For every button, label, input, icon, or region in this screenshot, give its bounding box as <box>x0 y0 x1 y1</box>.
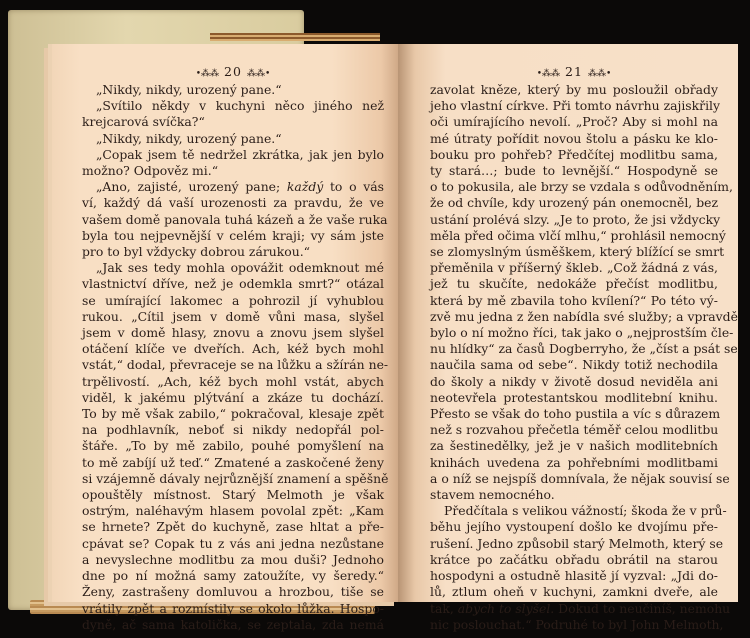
page-number: 20 <box>224 64 242 79</box>
text-line: „Nikdy, nikdy, urozený pane.“ <box>82 131 384 147</box>
text-line: hospodyni a ostudně hlasitě jí vyzval: „… <box>430 568 718 584</box>
text-line: to mě zabíjí už teď.“ Zmatené a zaskočen… <box>82 455 384 471</box>
text-line: dyně, ač sama katolička, se zeptala, zda… <box>82 617 384 633</box>
text-line: nu hlídky“ za časů Dogberryho, že „číst … <box>430 341 718 357</box>
text-line: dne po ní možná samy zatoužíte, vy šered… <box>82 568 384 584</box>
ornament-icon: ⁂⁂• <box>247 69 270 79</box>
text-line: na podhlavník, neboť si nikdy nedopřál p… <box>82 422 384 438</box>
text-line: knihách uvedena za pohřebními modlitbami <box>430 455 718 471</box>
text-line: bouku pro pohřeb? Předčítej modlitbu sam… <box>430 147 718 163</box>
text-line: ustání prolévá slzy. „Je to proto, že js… <box>430 212 718 228</box>
text-line: trpělivostí. „Ach, kéž bych mohl vstát, … <box>82 374 384 390</box>
page-number-right: •⁂⁂ 21 ⁂⁂• <box>430 64 718 80</box>
text-line: do školy a nikdy v životě dosud neviděla… <box>430 374 718 390</box>
text-line: za šestinedělky, jež je v našich modlite… <box>430 438 718 454</box>
text-line: běhu jejího vystoupení došlo ke dvojímu … <box>430 519 718 535</box>
text-line: rušení. Jedno způsobil starý Melmoth, kt… <box>430 536 718 552</box>
text-line: naučila sama od sebe“. Nikdy totiž necho… <box>430 357 718 373</box>
text-line: se zlomyslným úsměškem, který blížící se… <box>430 244 718 260</box>
ornament-icon: •⁂⁂ <box>196 69 219 79</box>
text-line: vrátily zpět a rozmístily se okolo lůžka… <box>82 601 384 617</box>
text-line: „Jak ses tedy mohla opovážit odemknout m… <box>82 260 384 276</box>
text-line: zavolat kněze, který by mu posloužil obř… <box>430 82 718 98</box>
text-line: než s rozvahou přečetla téměř celou modl… <box>430 422 718 438</box>
text-line: opouštěly místnost. Starý Melmoth je vša… <box>82 487 384 503</box>
text-line: se umírající lakomec a pohrozil jí vyhub… <box>82 293 384 309</box>
text-line: přeměnila v příšerný škleb. „Což žádná z… <box>430 260 718 276</box>
page-number-left: •⁂⁂ 20 ⁂⁂• <box>82 64 384 80</box>
text-line: Ženy, zastrašeny domluvou a hrozbou, tiš… <box>82 584 384 600</box>
text-line: ví, každý dá vaší urozenosti za pravdu, … <box>82 195 384 211</box>
text-line: vašem domě panovala tuhá kázeň a že vaše… <box>82 212 384 228</box>
text-line: o to pokusila, ale brzy se vzdala s odův… <box>430 179 718 195</box>
text-line: zvě mu jedna z žen nabídla své služby; a… <box>430 309 718 325</box>
right-page-text: zavolat kněze, který by mu posloužil obř… <box>430 82 718 633</box>
text-line: ty stará…; bude to levnější.“ Hospodyně … <box>430 163 718 179</box>
text-line: cpávat se? Copak tu z vás ani jedna nezů… <box>82 536 384 552</box>
text-line: ostrým, naléhavým hlasem povolal zpět: „… <box>82 503 384 519</box>
text-line: neotevřela protestantskou modlitební kni… <box>430 390 718 406</box>
left-page-text: „Nikdy, nikdy, urozený pane.“„Svítilo ně… <box>82 82 384 633</box>
text-line: byla tou nejpevnější v celém kraji; vy s… <box>82 228 384 244</box>
ornament-icon: ⁂⁂• <box>588 69 611 79</box>
text-line: To by mě však zabilo,“ pokračoval, klesa… <box>82 406 384 422</box>
text-line: Předčítala s velikou vážností; škoda že … <box>430 503 718 519</box>
text-line: rukou. „Cítil jsem v domě vůni masa, sly… <box>82 309 384 325</box>
text-line: možno? Odpověz mi.“ <box>82 163 384 179</box>
text-line: jsem v domě hlasy, znovu a znovu jsem sl… <box>82 325 384 341</box>
text-line: otáčení klíče ve dveřích. Ach, kéž bych … <box>82 341 384 357</box>
right-page: •⁂⁂ 21 ⁂⁂• zavolat kněze, který by mu po… <box>398 44 738 602</box>
text-line: že od chvíle, kdy urozený pán onemocněl,… <box>430 195 718 211</box>
text-line: „Nikdy, nikdy, urozený pane.“ <box>82 82 384 98</box>
text-line: mé útraty pořídit novou štolu a pásku ke… <box>430 131 718 147</box>
ornament-icon: •⁂⁂ <box>537 69 560 79</box>
text-line: „Ano, zajisté, urozený pane; každý to o … <box>82 179 384 195</box>
text-line: jeho vlastní církve. Při tomto návrhu za… <box>430 98 718 114</box>
text-line: a o níž se nejspíš domnívala, že nějak s… <box>430 471 718 487</box>
text-line: oči umírajícího nevolí. „Proč? Aby si mo… <box>430 114 718 130</box>
page-number: 21 <box>565 64 583 79</box>
text-line: lů, ztlum oheň v kuchyni, zamkni dveře, … <box>430 584 718 600</box>
text-line: a nevyslechne modlitbu za mou duši? Jedn… <box>82 552 384 568</box>
text-line: Přesto se však do toho pustila a víc s d… <box>430 406 718 422</box>
text-line: viděl, k jakému plýtvání a zkáze tu doch… <box>82 390 384 406</box>
text-line: si vzájemně dávaly nejrůznější znamení a… <box>82 471 384 487</box>
text-line: krátce po začátku obřadu obrátil na star… <box>430 552 718 568</box>
text-line: krejcarová svíčka?“ <box>82 114 384 130</box>
text-line: nic poslouchat.“ Podruhé to byl John Mel… <box>430 617 718 633</box>
text-line: bylo o ní možno říci, tak jako o „nejpro… <box>430 325 718 341</box>
text-line: která by mě zbavila toho kvílení?“ Po té… <box>430 293 718 309</box>
text-line: „Svítilo někdy v kuchyni něco jiného než <box>82 98 384 114</box>
text-line: pro to byl vždycky dobrou zárukou.“ <box>82 244 384 260</box>
text-line: stavem nemocného. <box>430 487 718 503</box>
text-line: měla před očima vlčí mlhu,“ prohlásil ne… <box>430 228 718 244</box>
text-line: vstát,“ dodal, převraceje se na lůžku a … <box>82 357 384 373</box>
text-line: se hrnete? Zpět do kuchyně, zase hltat a… <box>82 519 384 535</box>
text-line: „Copak jsem tě nedržel zkrátka, jak jen … <box>82 147 384 163</box>
page-edges-top <box>210 33 380 41</box>
text-line: tak, abych to slyšel. Dokud to neučiníš,… <box>430 601 718 617</box>
text-line: vlastnictví dříve, než je odemkla smrt?“… <box>82 276 384 292</box>
text-line: štáře. „To by mě zabilo, pouhé pomyšlení… <box>82 438 384 454</box>
left-page: •⁂⁂ 20 ⁂⁂• „Nikdy, nikdy, urozený pane.“… <box>52 44 402 602</box>
book-photo: •⁂⁂ 20 ⁂⁂• „Nikdy, nikdy, urozený pane.“… <box>0 0 750 638</box>
text-line: jež tu skučíte, nedokáže přečíst modlitb… <box>430 276 718 292</box>
